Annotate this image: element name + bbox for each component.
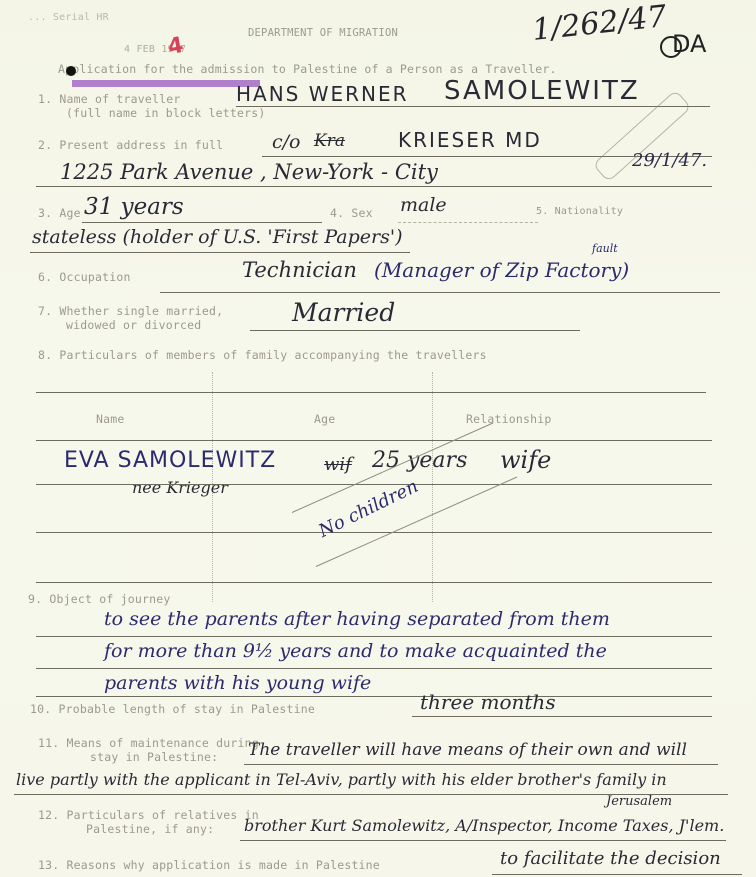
field-6-label: 6. Occupation xyxy=(38,270,131,284)
family-col-age: Age xyxy=(314,412,335,426)
header-serial-stamp: ... Serial HR xyxy=(28,12,109,23)
purple-stamp-bar xyxy=(72,80,260,87)
address-struck-text: Kra xyxy=(314,131,345,151)
field-9-line-1 xyxy=(36,636,712,637)
field-9-label: 9. Object of journey xyxy=(28,592,170,606)
field-10-label: 10. Probable length of stay in Palestine xyxy=(30,702,315,716)
family-row-line-3 xyxy=(36,582,712,583)
field-10-line xyxy=(412,716,712,717)
field-13-label: 13. Reasons why application is made in P… xyxy=(38,858,380,872)
address-line-1: KRIESER MD xyxy=(398,128,542,152)
journey-object-line-1: to see the parents after having separate… xyxy=(104,608,610,630)
maintenance-line-1: The traveller will have means of their o… xyxy=(248,740,687,760)
approval-date: 29/1/47. xyxy=(632,150,707,171)
family-member-relationship: wife xyxy=(500,446,551,474)
sex-value: male xyxy=(400,194,447,216)
field-9-line-2 xyxy=(36,668,712,669)
maintenance-line-2: live partly with the applicant in Tel-Av… xyxy=(16,770,667,789)
reasons-value: to facilitate the decision xyxy=(500,848,721,869)
occupation-value: Technician xyxy=(242,258,357,282)
field-5-label: 5. Nationality xyxy=(536,206,623,217)
field-11-label-1: 11. Means of maintenance during xyxy=(38,736,259,750)
field-12-label-2: Palestine, if any: xyxy=(86,822,214,836)
field-9-line-3 xyxy=(36,696,712,697)
file-number: 1/262/47 xyxy=(531,0,669,48)
field-1-sublabel: (full name in block letters) xyxy=(66,106,265,120)
field-3-label: 3. Age xyxy=(38,206,81,220)
family-table-header-line xyxy=(36,440,712,441)
address-line-2: 1225 Park Avenue , New-York - City xyxy=(60,160,438,184)
family-member-age-struck: wif xyxy=(324,454,352,475)
field-11-line-1 xyxy=(244,764,718,765)
age-value: 31 years xyxy=(84,194,184,220)
department-heading: DEPARTMENT OF MIGRATION xyxy=(248,27,398,39)
field-7-label-1: 7. Whether single married, xyxy=(38,304,223,318)
field-2-line-2 xyxy=(36,186,712,187)
occupation-insert: fault xyxy=(592,242,618,255)
field-3-line xyxy=(82,222,322,223)
journey-object-line-2: for more than 9½ years and to make acqua… xyxy=(104,640,607,662)
field-1-label: 1. Name of traveller xyxy=(38,92,180,106)
scanned-form-page: ... Serial HR DEPARTMENT OF MIGRATION 1/… xyxy=(0,0,756,877)
maintenance-insert: Jerusalem xyxy=(606,794,672,809)
field-11-label-2: stay in Palestine: xyxy=(90,750,218,764)
field-4-label: 4. Sex xyxy=(330,206,373,220)
field-12-line xyxy=(240,840,726,841)
field-6-line xyxy=(160,292,720,293)
marital-status-value: Married xyxy=(292,298,395,327)
circled-mark-icon xyxy=(660,36,682,58)
stay-length-value: three months xyxy=(420,690,556,714)
family-col-divider-2 xyxy=(432,372,433,602)
ink-blot-icon xyxy=(66,66,76,76)
field-1-line xyxy=(236,106,710,107)
family-table-top-line xyxy=(36,392,706,393)
field-4-line xyxy=(398,222,538,223)
occupation-note: (Manager of Zip Factory) xyxy=(374,258,629,282)
address-prefix: c/o xyxy=(272,131,300,153)
form-title: Application for the admission to Palesti… xyxy=(58,62,557,76)
field-8-label: 8. Particulars of members of family acco… xyxy=(38,348,487,362)
traveller-family-name: SAMOLEWITZ xyxy=(444,76,640,106)
nationality-value: stateless (holder of U.S. 'First Papers'… xyxy=(32,226,403,248)
field-5-line xyxy=(30,252,410,253)
traveller-given-names: HANS WERNER xyxy=(236,82,409,106)
field-2-label: 2. Present address in full xyxy=(38,138,223,152)
field-13-line xyxy=(492,874,742,875)
red-initial-mark-icon: 4 xyxy=(166,33,185,60)
family-member-name: EVA SAMOLEWITZ xyxy=(64,448,276,473)
journey-object-line-3: parents with his young wife xyxy=(104,672,371,694)
family-col-name: Name xyxy=(96,412,125,426)
field-7-line xyxy=(250,330,580,331)
family-row-line-2 xyxy=(36,532,712,533)
relatives-value: brother Kurt Samolewitz, A/Inspector, In… xyxy=(244,816,724,835)
family-col-relationship: Relationship xyxy=(466,412,551,426)
field-7-label-2: widowed or divorced xyxy=(66,318,201,332)
family-row-line-1 xyxy=(36,484,712,485)
family-member-maiden-name: nee Krieger xyxy=(132,478,228,497)
field-12-label-1: 12. Particulars of relatives in xyxy=(38,808,259,822)
